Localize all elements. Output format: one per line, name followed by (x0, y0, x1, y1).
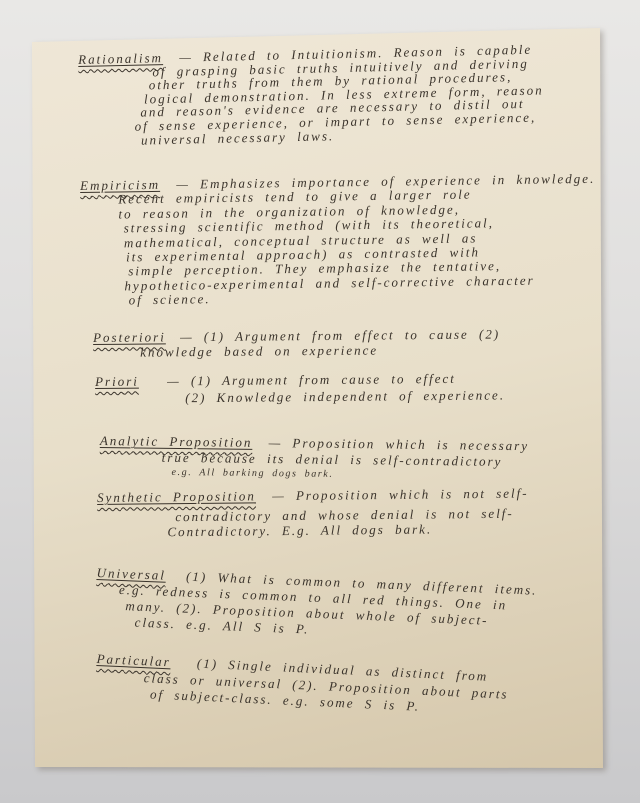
term-particular: Particular (96, 651, 171, 669)
section-priori: Priori — (1) Argument from cause to effe… (95, 370, 505, 407)
note-line: (2) Knowledge independent of experience. (185, 387, 505, 406)
term-text: Analytic Proposition (100, 433, 253, 450)
definition-text: — Proposition which is not self- (272, 485, 529, 503)
section-synthetic-proposition: Synthetic Proposition — Proposition whic… (97, 484, 529, 541)
section-rationalism: Rationalism — Related to Intuitionism. R… (78, 42, 545, 148)
term-text: Universal (96, 565, 166, 583)
term-text: Rationalism (78, 50, 163, 67)
term-analytic-proposition: Analytic Proposition (100, 433, 253, 450)
term-universal: Universal (96, 565, 166, 583)
term-rationalism: Rationalism (78, 50, 163, 67)
definition-text: — (1) Argument from cause to effect (167, 371, 456, 389)
term-posteriori: Posteriori (93, 329, 166, 345)
term-text: Posteriori (93, 329, 166, 345)
note-line: knowledge based on experience (140, 341, 500, 359)
term-priori: Priori (95, 374, 139, 389)
term-text: Priori (95, 374, 139, 389)
section-posteriori: Posteriori — (1) Argument from effect to… (93, 326, 500, 360)
term-text: Synthetic Proposition (97, 488, 256, 505)
section-empiricism: Empiricism — Emphasizes importance of ex… (80, 172, 597, 309)
term-text: Particular (96, 651, 171, 669)
note-line: Synthetic Proposition — Proposition whic… (97, 484, 529, 506)
term-synthetic-proposition: Synthetic Proposition (97, 488, 256, 505)
section-analytic-proposition: Analytic Proposition — Proposition which… (99, 433, 529, 485)
